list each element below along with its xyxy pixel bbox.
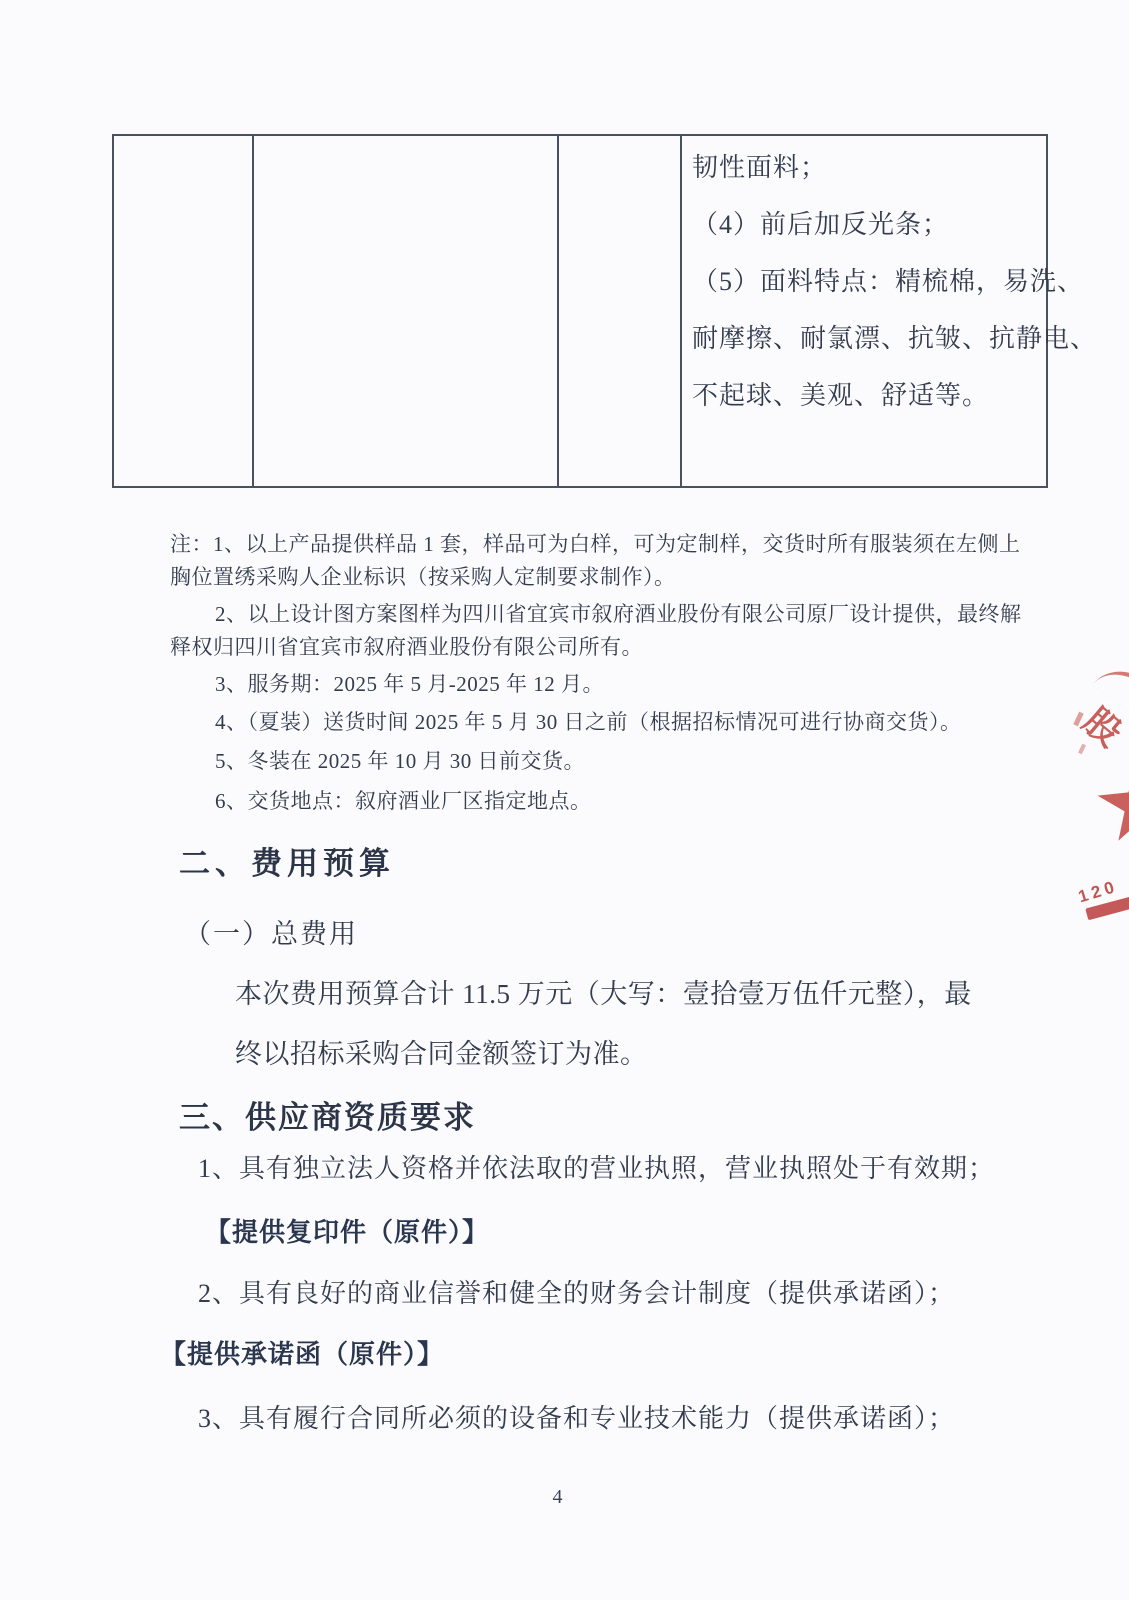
table-cell-spec-line: 耐摩擦、耐氯漂、抗皱、抗静电、 bbox=[692, 318, 1097, 355]
table-column-divider bbox=[557, 134, 559, 486]
note-line: 胸位置绣采购人企业标识（按采购人定制要求制作）。 bbox=[170, 561, 676, 591]
table-cell-spec-line: 不起球、美观、舒适等。 bbox=[692, 375, 989, 412]
budget-body-line: 本次费用预算合计 11.5 万元（大写：壹拾壹万伍仟元整），最 bbox=[235, 972, 972, 1011]
supplier-requirement-line: 【提供复印件（原件）】 bbox=[205, 1212, 489, 1249]
table-cell-spec-line: （4）前后加反光条； bbox=[692, 204, 949, 241]
subsection-heading-total-cost: （一）总费用 bbox=[184, 912, 358, 951]
seal-ink-fragment bbox=[1078, 744, 1086, 755]
seal-star-icon bbox=[1093, 758, 1129, 850]
note-line: 5、冬装在 2025 年 10 月 30 日前交货。 bbox=[215, 745, 585, 775]
supplier-requirement-line: 3、具有履行合同所必须的设备和专业技术能力（提供承诺函）； bbox=[198, 1398, 955, 1435]
note-line: 2、以上设计图方案图样为四川省宜宾市叙府酒业股份有限公司原厂设计提供，最终解 bbox=[215, 598, 1022, 628]
supplier-requirement-line: 【提供承诺函（原件）】 bbox=[160, 1334, 444, 1371]
note-line: 4、（夏装）送货时间 2025 年 5 月 30 日之前（根据招标情况可进行协商… bbox=[215, 706, 962, 736]
budget-body-line: 终以招标采购合同金额签订为准。 bbox=[235, 1032, 648, 1071]
document-page: 韧性面料； （4）前后加反光条； （5）面料特点：精梳棉，易洗、 耐摩擦、耐氯漂… bbox=[0, 0, 1129, 1600]
section-heading-budget: 二、费用预算 bbox=[179, 838, 395, 883]
table-cell-spec-line: （5）面料特点：精梳棉，易洗、 bbox=[692, 261, 1084, 298]
supplier-requirement-line: 1、具有独立法人资格并依法取的营业执照，营业执照处于有效期； bbox=[198, 1148, 995, 1185]
note-line: 释权归四川省宜宾市叙府酒业股份有限公司所有。 bbox=[170, 631, 643, 661]
page-number: 4 bbox=[0, 1486, 1115, 1509]
table-column-divider bbox=[252, 134, 254, 486]
table-column-divider bbox=[680, 134, 682, 486]
note-line: 3、服务期：2025 年 5 月-2025 年 12 月。 bbox=[215, 668, 604, 698]
note-line: 注：1、以上产品提供样品 1 套，样品可为白样，可为定制样，交货时所有服装须在左… bbox=[170, 528, 1021, 558]
section-heading-supplier-qualifications: 三、供应商资质要求 bbox=[179, 1092, 476, 1137]
table-cell-spec-line: 韧性面料； bbox=[692, 147, 827, 184]
note-line: 6、交货地点：叙府酒业厂区指定地点。 bbox=[215, 785, 592, 815]
supplier-requirement-line: 2、具有良好的商业信誉和健全的财务会计制度（提供承诺函）； bbox=[198, 1273, 955, 1310]
